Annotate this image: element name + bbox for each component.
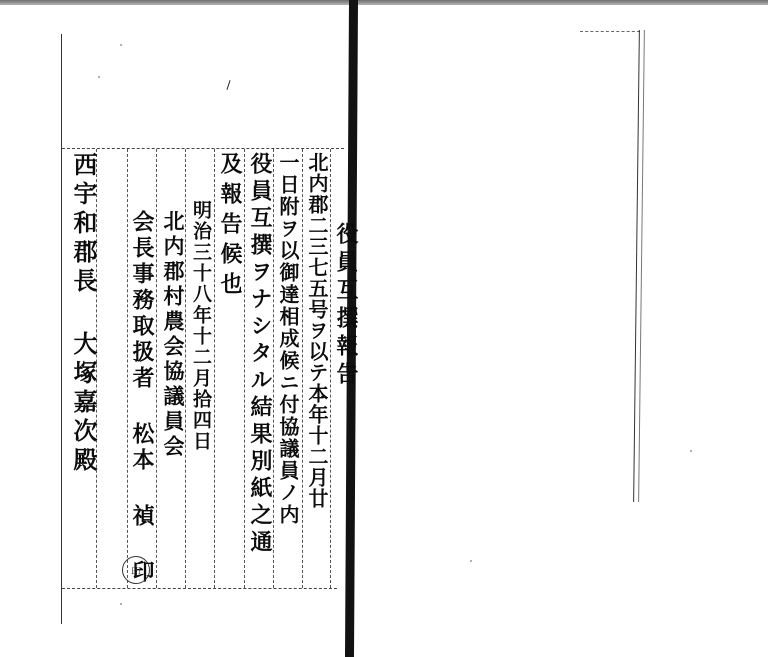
- seal-stamp: 印: [122, 556, 150, 584]
- text-column-2: 一日附ヲ以御達相成候ニ付協議員ノ内: [274, 152, 303, 526]
- left-page-outer-frame: [61, 34, 63, 624]
- paper-speck: [690, 450, 692, 452]
- paper-speck: [98, 76, 100, 78]
- paper-speck: [470, 560, 472, 562]
- right-page-top-rule: [580, 31, 640, 32]
- right-page: [356, 0, 768, 657]
- text-column-3: 役員互撰ヲナシタル結果別紙之通: [245, 152, 276, 557]
- paper-speck: [120, 603, 122, 605]
- sender-name-column: 会長事務取扱者 松本 禎 印: [127, 210, 158, 586]
- text-column-4: 及報告候也: [215, 152, 246, 302]
- date-column: 明治三十八年十二月拾四日: [188, 200, 215, 452]
- text-column-1: 北内郡二三七五号ヲ以テ本年十二月廿: [303, 152, 332, 509]
- sender-organization-column: 北内郡村農会協議員会: [158, 210, 188, 460]
- document-title: 役員互撰報告: [331, 222, 362, 390]
- recipient-column: 西宇和郡長 大塚嘉次殿: [66, 152, 101, 476]
- paper-speck: [120, 44, 122, 46]
- seal-glyph: 印: [131, 563, 141, 578]
- bottom-ruled-line: [62, 588, 337, 589]
